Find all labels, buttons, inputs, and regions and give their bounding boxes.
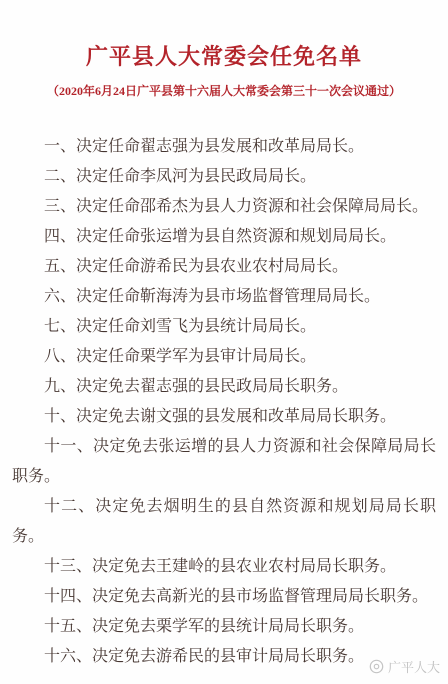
list-item: 十一、决定免去张运增的县人力资源和社会保障局局长职务。 [12,432,436,492]
list-item: 十五、决定免去栗学军的县统计局局长职务。 [12,612,436,642]
document-subtitle: （2020年6月24日广平县第十六届人大常委会第三十一次会议通过） [0,82,448,99]
seal-icon [369,659,384,674]
list-item: 四、决定任命张运增为县自然资源和规划局局长。 [12,222,436,252]
list-item: 十、决定免去谢文强的县发展和改革局局长职务。 [12,402,436,432]
list-item: 八、决定任命栗学军为县审计局局长。 [12,342,436,372]
list-item: 六、决定任命靳海涛为县市场监督管理局局长。 [12,282,436,312]
list-item: 五、决定任命游希民为县农业农村局局长。 [12,252,436,282]
list-item: 九、决定免去翟志强的县民政局局长职务。 [12,372,436,402]
page-title: 广平县人大常委会任免名单 [0,0,448,71]
list-item: 十二、决定免去烟明生的县自然资源和规划局局长职务。 [12,492,436,552]
list-item: 二、决定任命李凤河为县民政局局长。 [12,162,436,192]
watermark-text: 广平人大 [388,657,440,676]
list-item: 十四、决定免去高新光的县市场监督管理局局长职务。 [12,582,436,612]
list-item: 七、决定任命刘雪飞为县统计局局长。 [12,312,436,342]
watermark: 广平人大 [369,657,440,676]
document-page: 广平县人大常委会任免名单 （2020年6月24日广平县第十六届人大常委会第三十一… [0,0,448,684]
list-item: 十三、决定免去王建岭的县农业农村局局长职务。 [12,552,436,582]
document-body: 一、决定任命翟志强为县发展和改革局局长。 二、决定任命李凤河为县民政局局长。 三… [0,132,448,672]
list-item: 三、决定任命邵希杰为县人力资源和社会保障局局长。 [12,192,436,222]
list-item: 一、决定任命翟志强为县发展和改革局局长。 [12,132,436,162]
